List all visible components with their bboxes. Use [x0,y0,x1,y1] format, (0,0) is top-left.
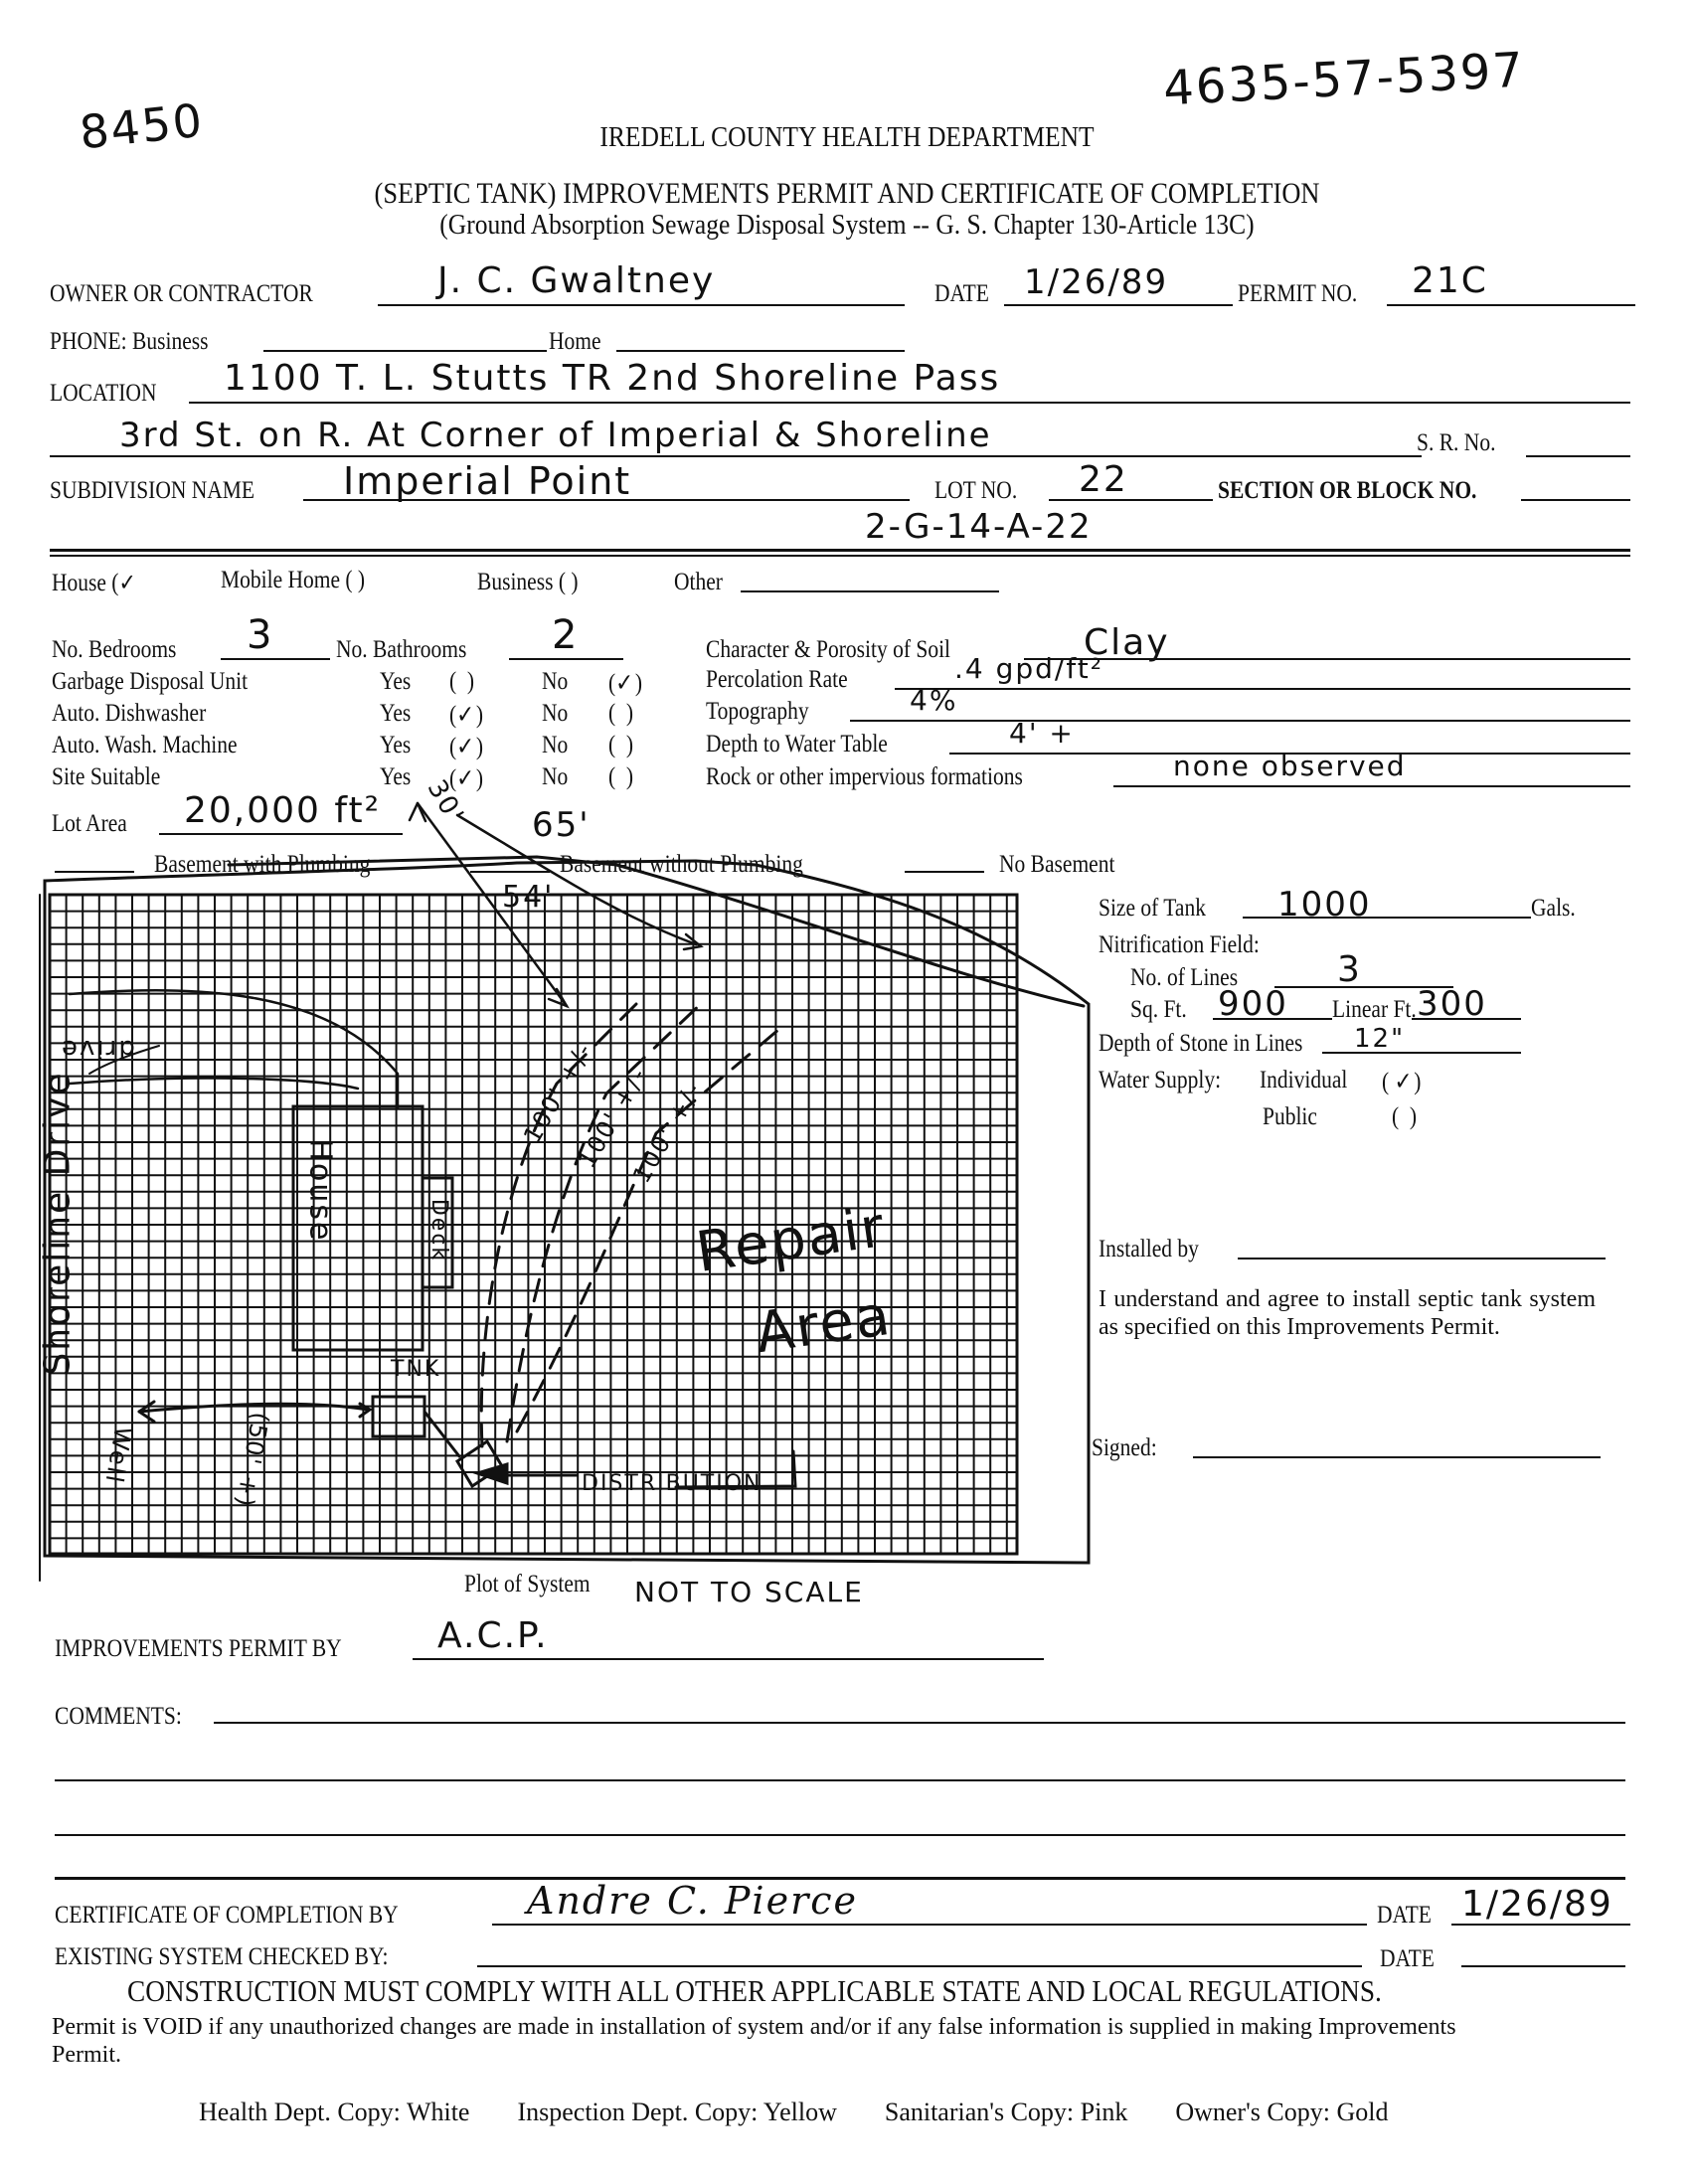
installed-by-label: Installed by [1099,1236,1199,1263]
drive-label: drive [60,1034,135,1064]
tank-size-field[interactable]: 1000 [1277,885,1372,924]
copy-health-dept: Health Dept. Copy: White [199,2098,469,2127]
copy-sanitarian: Sanitarian's Copy: Pink [885,2098,1127,2127]
permit-by-field[interactable]: A.C.P. [437,1615,549,1656]
water-supply-label: Water Supply: [1099,1067,1221,1094]
house-label: House [303,1138,338,1242]
comments-line-2[interactable] [55,1779,1625,1781]
copy-owner: Owner's Copy: Gold [1175,2098,1388,2127]
sqft-field[interactable]: 900 [1218,984,1288,1024]
existing-system-label: EXISTING SYSTEM CHECKED BY: [55,1943,388,1971]
tank-label: TNK [391,1357,440,1382]
plot-of-system-drawing [0,0,1694,2184]
water-individual-checkbox[interactable]: ( ✓) [1382,1067,1421,1096]
regulation-notice: CONSTRUCTION MUST COMPLY WITH ALL OTHER … [127,1973,1382,2009]
distribution-label: DISTRIBUTION [582,1471,762,1496]
copy-distribution: Health Dept. Copy: White Inspection Dept… [199,2098,1491,2127]
copy-inspection-dept: Inspection Dept. Copy: Yellow [517,2098,836,2127]
void-notice: Permit is VOID if any unauthorized chang… [52,2013,1503,2069]
water-public-checkbox[interactable]: ( ) [1392,1103,1417,1131]
signed-label: Signed: [1092,1434,1157,1462]
water-public-label: Public [1263,1103,1317,1131]
plot-caption: Plot of System [464,1571,591,1598]
installer-agreement: I understand and agree to install septic… [1099,1285,1596,1341]
tank-size-unit: Gals. [1531,895,1576,923]
lines-field[interactable]: 3 [1337,949,1362,990]
certificate-signature[interactable]: Andre C. Pierce [527,1879,858,1923]
certificate-date-field[interactable]: 1/26/89 [1461,1884,1613,1925]
permit-by-label: IMPROVEMENTS PERMIT BY [55,1635,342,1663]
check-icon: ✓ [1395,1067,1415,1095]
sqft-label: Sq. Ft. [1130,996,1187,1024]
deck-label: Deck [426,1199,451,1261]
road-label: Shoreline Drive [38,1071,79,1375]
comments-line-1[interactable] [214,1722,1625,1724]
dimension-54ft: 54' [502,880,554,915]
existing-date-label: DATE [1380,1945,1435,1973]
linear-ft-label: Linear Ft. [1332,996,1417,1024]
dimension-65ft: 65' [532,805,591,845]
water-individual-label: Individual [1260,1067,1347,1094]
tank-size-label: Size of Tank [1099,895,1206,923]
stone-depth-field[interactable]: 12" [1354,1024,1405,1054]
nitrification-field-label: Nitrification Field: [1099,931,1260,959]
comments-label: COMMENTS: [55,1703,182,1731]
stone-depth-label: Depth of Stone in Lines [1099,1030,1302,1058]
certificate-label: CERTIFICATE OF COMPLETION BY [55,1902,399,1930]
not-to-scale-note: NOT TO SCALE [634,1576,864,1608]
comments-line-3[interactable] [55,1834,1625,1836]
linear-ft-field[interactable]: 300 [1417,984,1487,1024]
certificate-date-label: DATE [1377,1902,1432,1930]
lot-boundary [45,861,1089,1563]
